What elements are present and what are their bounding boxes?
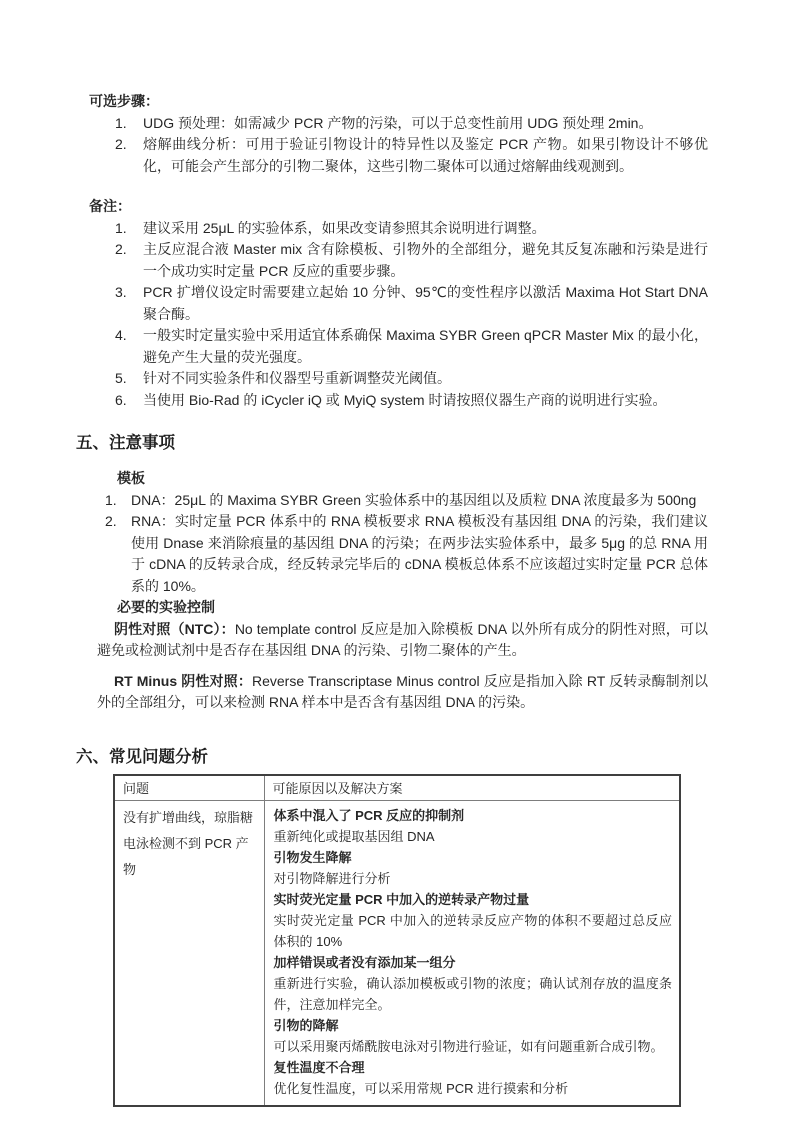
ntc-paragraph: 阴性对照（NTC）：No template control 反应是加入除模板 D…	[97, 619, 708, 662]
list-item: 3. PCR 扩增仪设定时需要建立起始 10 分钟、95℃的变性程序以激活 Ma…	[115, 282, 708, 325]
solution-text: 重新进行实验，确认添加模板或引物的浓度；确认试剂存放的温度条件，注意加样完全。	[274, 973, 673, 1015]
solution-text: 可以采用聚丙烯酰胺电泳对引物进行验证，如有问题重新合成引物。	[274, 1036, 673, 1057]
document-page: 可选步骤： 1. UDG 预处理：如需减少 PCR 产物的污染，可以于总变性前用…	[0, 0, 794, 1123]
list-item-text: RNA：实时定量 PCR 体系中的 RNA 模板要求 RNA 模板没有基因组 D…	[131, 511, 708, 597]
cause-text: 体系中混入了 PCR 反应的抑制剂	[274, 805, 673, 826]
section-6-heading: 六、常见问题分析	[76, 745, 794, 769]
solution-text: 实时荧光定量 PCR 中加入的逆转录反应产物的体积不要超过总反应体积的 10%	[274, 910, 673, 952]
list-item: 4. 一般实时定量实验中采用适宜体系确保 Maxima SYBR Green q…	[115, 325, 708, 368]
section-5-heading: 五、注意事项	[76, 431, 794, 455]
list-item-number: 3.	[115, 282, 143, 325]
problem-cell: 没有扩增曲线，琼脂糖电泳检测不到 PCR 产物	[114, 801, 264, 1107]
list-item-text: 建议采用 25μL 的实验体系，如果改变请参照其余说明进行调整。	[143, 218, 708, 240]
table-header-row: 问题 可能原因以及解决方案	[114, 775, 680, 801]
list-item: 2. 熔解曲线分析：可用于验证引物设计的特异性以及鉴定 PCR 产物。如果引物设…	[115, 134, 708, 177]
solution-text: 优化复性温度，可以采用常规 PCR 进行摸索和分析	[274, 1078, 673, 1099]
cause-text: 引物发生降解	[274, 847, 673, 868]
table-header-causes: 可能原因以及解决方案	[264, 775, 680, 801]
controls-subheading: 必要的实验控制	[117, 597, 794, 619]
ntc-label: 阴性对照（NTC）：	[114, 621, 235, 637]
list-item: 6. 当使用 Bio-Rad 的 iCycler iQ 或 MyiQ syste…	[115, 390, 708, 412]
list-item-text: 针对不同实验条件和仪器型号重新调整荧光阈值。	[143, 368, 708, 390]
list-item: 1. 建议采用 25μL 的实验体系，如果改变请参照其余说明进行调整。	[115, 218, 708, 240]
list-item-text: 熔解曲线分析：可用于验证引物设计的特异性以及鉴定 PCR 产物。如果引物设计不够…	[143, 134, 708, 177]
list-item-number: 2.	[115, 134, 143, 177]
list-item: 1. DNA：25μL 的 Maxima SYBR Green 实验体系中的基因…	[105, 490, 708, 512]
table-header-problem: 问题	[114, 775, 264, 801]
list-item-number: 2.	[105, 511, 131, 597]
list-item-number: 1.	[115, 113, 143, 135]
list-item: 1. UDG 预处理：如需减少 PCR 产物的污染，可以于总变性前用 UDG 预…	[115, 113, 708, 135]
troubleshooting-table: 问题 可能原因以及解决方案 没有扩增曲线，琼脂糖电泳检测不到 PCR 产物 体系…	[113, 774, 681, 1108]
list-item-number: 4.	[115, 325, 143, 368]
list-item-text: UDG 预处理：如需减少 PCR 产物的污染，可以于总变性前用 UDG 预处理 …	[143, 113, 708, 135]
list-item-number: 1.	[105, 490, 131, 512]
list-item-text: DNA：25μL 的 Maxima SYBR Green 实验体系中的基因组以及…	[131, 490, 708, 512]
rt-minus-paragraph: RT Minus 阴性对照：Reverse Transcriptase Minu…	[97, 671, 708, 714]
list-item-number: 5.	[115, 368, 143, 390]
list-item-text: 主反应混合液 Master mix 含有除模板、引物外的全部组分，避免其反复冻融…	[143, 239, 708, 282]
table-row: 没有扩增曲线，琼脂糖电泳检测不到 PCR 产物 体系中混入了 PCR 反应的抑制…	[114, 801, 680, 1107]
template-list: 1. DNA：25μL 的 Maxima SYBR Green 实验体系中的基因…	[105, 490, 708, 598]
rt-minus-label: RT Minus 阴性对照：	[114, 673, 252, 689]
remarks-heading: 备注：	[89, 196, 794, 218]
solution-text: 重新纯化或提取基因组 DNA	[274, 826, 673, 847]
optional-steps-heading: 可选步骤：	[89, 91, 794, 113]
template-subheading: 模板	[117, 468, 794, 490]
list-item-number: 1.	[115, 218, 143, 240]
cause-text: 复性温度不合理	[274, 1057, 673, 1078]
remarks-block: 备注： 1. 建议采用 25μL 的实验体系，如果改变请参照其余说明进行调整。 …	[0, 196, 794, 411]
remarks-list: 1. 建议采用 25μL 的实验体系，如果改变请参照其余说明进行调整。 2. 主…	[115, 218, 708, 412]
solution-text: 对引物降解进行分析	[274, 868, 673, 889]
list-item-text: 一般实时定量实验中采用适宜体系确保 Maxima SYBR Green qPCR…	[143, 325, 708, 368]
list-item-number: 2.	[115, 239, 143, 282]
list-item-text: PCR 扩增仪设定时需要建立起始 10 分钟、95℃的变性程序以激活 Maxim…	[143, 282, 708, 325]
cause-text: 引物的降解	[274, 1015, 673, 1036]
cause-text: 加样错误或者没有添加某一组分	[274, 952, 673, 973]
list-item: 5. 针对不同实验条件和仪器型号重新调整荧光阈值。	[115, 368, 708, 390]
list-item: 2. 主反应混合液 Master mix 含有除模板、引物外的全部组分，避免其反…	[115, 239, 708, 282]
list-item-text: 当使用 Bio-Rad 的 iCycler iQ 或 MyiQ system 时…	[143, 390, 708, 412]
optional-steps-list: 1. UDG 预处理：如需减少 PCR 产物的污染，可以于总变性前用 UDG 预…	[115, 113, 708, 178]
causes-cell: 体系中混入了 PCR 反应的抑制剂 重新纯化或提取基因组 DNA 引物发生降解 …	[264, 801, 680, 1107]
list-item: 2. RNA：实时定量 PCR 体系中的 RNA 模板要求 RNA 模板没有基因…	[105, 511, 708, 597]
list-item-number: 6.	[115, 390, 143, 412]
cause-text: 实时荧光定量 PCR 中加入的逆转录产物过量	[274, 889, 673, 910]
